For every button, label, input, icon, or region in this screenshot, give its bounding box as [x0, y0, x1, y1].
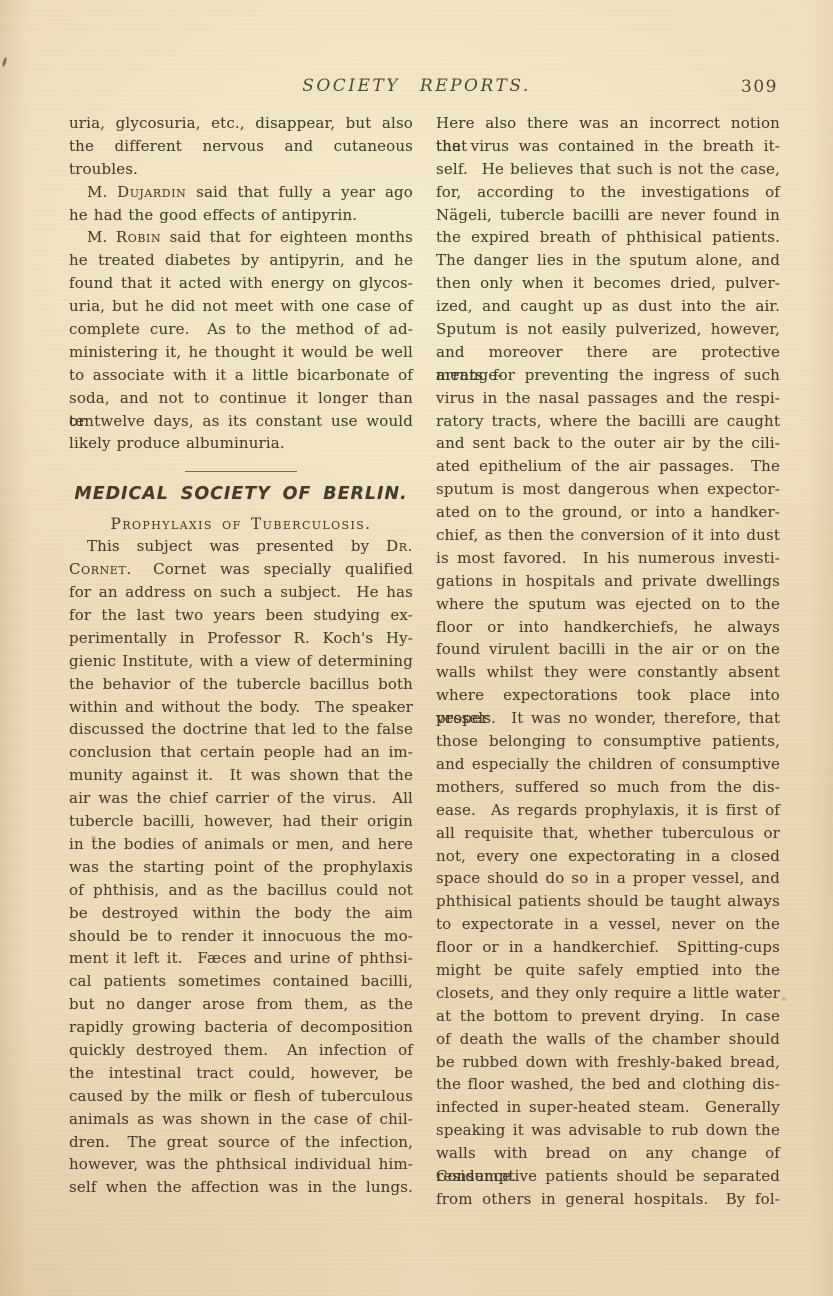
- ink-speck: [261, 398, 265, 402]
- text-line: found that it acted with energy on glyco…: [69, 272, 413, 295]
- text-line: closets, and they only require a little …: [436, 982, 780, 1005]
- text-line: for the last two years been studying ex-: [69, 604, 413, 627]
- left-column: uria, glycosuria, etc., disappear, but a…: [69, 112, 413, 1199]
- text-line: vessels. It was no wonder, therefore, th…: [436, 707, 780, 730]
- text-line: he treated diabetes by antipyrin, and he: [69, 249, 413, 272]
- text-line: complete cure. As to the method of ad-: [69, 318, 413, 341]
- text-line: in the bodies of animals or men, and her…: [69, 833, 413, 856]
- text-line: mothers, suffered so much from the dis-: [436, 776, 780, 799]
- text-line: the different nervous and cutaneous: [69, 135, 413, 158]
- ink-speck: [782, 997, 786, 1001]
- running-header: SOCIETY REPORTS. 309: [0, 76, 833, 100]
- page-title: SOCIETY REPORTS.: [302, 76, 531, 96]
- text-line: ments for preventing the ingress of such: [436, 364, 780, 387]
- text-line: floor or into handkerchiefs, he always: [436, 616, 780, 639]
- right-column: Here also there was an incorrect notion …: [436, 112, 780, 1211]
- text-line: walls with bread on any change of reside…: [436, 1142, 780, 1165]
- text-line: floor or in a handkerchief. Spitting-cup…: [436, 936, 780, 959]
- text-line: should be to render it innocuous the mo-: [69, 925, 413, 948]
- text-line: phthisical patients should be taught alw…: [436, 890, 780, 913]
- text-line: and moreover there are protective arrang…: [436, 341, 780, 364]
- text-line: found virulent bacilli in the air or on …: [436, 638, 780, 661]
- text-line: sputum is most dangerous when expector-: [436, 478, 780, 501]
- text-line: dren. The great source of the infection,: [69, 1131, 413, 1154]
- text-line: Cornet. Cornet was specially qualified: [69, 558, 413, 581]
- text-line: air was the chief carrier of the virus. …: [69, 787, 413, 810]
- section-heading: MEDICAL SOCIETY OF BERLIN.: [74, 482, 408, 506]
- text-line: space should do so in a proper vessel, a…: [436, 867, 780, 890]
- text-line: where the sputum was ejected on to the: [436, 593, 780, 616]
- text-line: to associate with it a little bicarbonat…: [69, 364, 413, 387]
- text-line: the virus was contained in the breath it…: [436, 135, 780, 158]
- text-line: be rubbed down with freshly-baked bread,: [436, 1051, 780, 1074]
- paragraph: M. Robin said that for eighteen monthshe…: [69, 226, 413, 455]
- text-line: uria, but he did not meet with one case …: [69, 295, 413, 318]
- text-line: caused by the milk or flesh of tuberculo…: [69, 1085, 413, 1108]
- text-line: gations in hospitals and private dwellin…: [436, 570, 780, 593]
- text-line: Nägeli, tubercle bacilli are never found…: [436, 204, 780, 227]
- text-line: however, was the phthsical individual hi…: [69, 1153, 413, 1176]
- text-line: animals as was shown in the case of chil…: [69, 1108, 413, 1131]
- text-line: for an address on such a subject. He has: [69, 581, 413, 604]
- text-line: Here also there was an incorrect notion …: [436, 112, 780, 135]
- small-caps-name: Robin: [116, 228, 161, 246]
- ink-speck: [2, 57, 8, 67]
- text-line: gienic Institute, with a view of determi…: [69, 650, 413, 673]
- paragraph: uria, glycosuria, etc., disappear, but a…: [69, 112, 413, 181]
- text-line: ated epithelium of the air passages. The: [436, 455, 780, 478]
- text-line: chief, as then the conversion of it into…: [436, 524, 780, 547]
- text-line: Sputum is not easily pulverized, however…: [436, 318, 780, 341]
- text-line: troubles.: [69, 158, 413, 181]
- text-line: within and without the body. The speaker: [69, 696, 413, 719]
- text-line: self. He believes that such is not the c…: [436, 158, 780, 181]
- text-line: to expectorate in a vessel, never on the: [436, 913, 780, 936]
- text-line: not, every one expectorating in a closed: [436, 845, 780, 868]
- text-line: from others in general hospitals. By fol…: [436, 1188, 780, 1211]
- text-line: discussed the doctrine that led to the f…: [69, 718, 413, 741]
- ink-speck: [91, 836, 96, 840]
- text-line: M. Robin said that for eighteen months: [69, 226, 413, 249]
- text-line: cal patients sometimes contained bacilli…: [69, 970, 413, 993]
- text-line: Consumptive patients should be separated: [436, 1165, 780, 1188]
- text-line: then only when it becomes dried, pulver-: [436, 272, 780, 295]
- text-line: the floor washed, the bed and clothing d…: [436, 1073, 780, 1096]
- text-line: all requisite that, whether tuberculous …: [436, 822, 780, 845]
- scanned-page: SOCIETY REPORTS. 309 uria, glycosuria, e…: [0, 0, 833, 1296]
- text-line: the intestinal tract could, however, be: [69, 1062, 413, 1085]
- text-line: and sent back to the outer air by the ci…: [436, 432, 780, 455]
- page-number: 309: [741, 77, 778, 97]
- text-line: speaking it was advisable to rub down th…: [436, 1119, 780, 1142]
- text-line: but no danger arose from them, as the: [69, 993, 413, 1016]
- text-line: those belonging to consumptive patients,: [436, 730, 780, 753]
- text-line: the expired breath of phthisical patient…: [436, 226, 780, 249]
- text-line: likely produce albuminuria.: [69, 432, 413, 455]
- text-line: walls whilst they were constantly absent: [436, 661, 780, 684]
- text-line: might be quite safely emptied into the: [436, 959, 780, 982]
- text-line: he had the good effects of antipyrin.: [69, 204, 413, 227]
- text-line: ministering it, he thought it would be w…: [69, 341, 413, 364]
- text-line: ated on to the ground, or into a handker…: [436, 501, 780, 524]
- text-line: ratory tracts, where the bacilli are cau…: [436, 410, 780, 433]
- text-line: and especially the children of consumpti…: [436, 753, 780, 776]
- paragraph: Here also there was an incorrect notion …: [436, 112, 780, 1211]
- text-line: soda, and not to continue it longer than…: [69, 387, 413, 410]
- text-line: for, according to the investigations of: [436, 181, 780, 204]
- text-line: self when the affection was in the lungs…: [69, 1176, 413, 1199]
- text-line: of death the walls of the chamber should: [436, 1028, 780, 1051]
- text-line: where expectorations took place into pro…: [436, 684, 780, 707]
- text-line: M. Dujardin said that fully a year ago: [69, 181, 413, 204]
- text-line: was the starting point of the prophylaxi…: [69, 856, 413, 879]
- paragraph: This subject was presented by Dr.Cornet.…: [69, 535, 413, 1199]
- section-subheading: Prophylaxis of Tuberculosis.: [69, 513, 413, 535]
- text-line: infected in super-heated steam. Generall…: [436, 1096, 780, 1119]
- text-line: ment it left it. Fæces and urine of phth…: [69, 947, 413, 970]
- text-line: rapidly growing bacteria of decompositio…: [69, 1016, 413, 1039]
- paragraph: M. Dujardin said that fully a year agohe…: [69, 181, 413, 227]
- text-line: conclusion that certain people had an im…: [69, 741, 413, 764]
- text-line: be destroyed within the body the aim: [69, 902, 413, 925]
- text-line: of phthisis, and as the bacillus could n…: [69, 879, 413, 902]
- text-line: munity against it. It was shown that the: [69, 764, 413, 787]
- small-caps-name: Dr.: [386, 537, 413, 555]
- text-line: the behavior of the tubercle bacillus bo…: [69, 673, 413, 696]
- text-line: The danger lies in the sputum alone, and: [436, 249, 780, 272]
- text-line: quickly destroyed them. An infection of: [69, 1039, 413, 1062]
- text-line: tubercle bacilli, however, had their ori…: [69, 810, 413, 833]
- small-caps-name: Dujardin: [117, 183, 186, 201]
- small-caps-name: Cornet.: [69, 560, 132, 578]
- text-line: at the bottom to prevent drying. In case: [436, 1005, 780, 1028]
- text-line: This subject was presented by Dr.: [69, 535, 413, 558]
- text-line: virus in the nasal passages and the resp…: [436, 387, 780, 410]
- section-divider: [185, 471, 297, 472]
- text-line: ized, and caught up as dust into the air…: [436, 295, 780, 318]
- text-line: is most favored. In his numerous investi…: [436, 547, 780, 570]
- text-line: or twelve days, as its constant use woul…: [69, 410, 413, 433]
- text-line: ease. As regards prophylaxis, it is firs…: [436, 799, 780, 822]
- text-line: perimentally in Professor R. Koch's Hy-: [69, 627, 413, 650]
- text-line: uria, glycosuria, etc., disappear, but a…: [69, 112, 413, 135]
